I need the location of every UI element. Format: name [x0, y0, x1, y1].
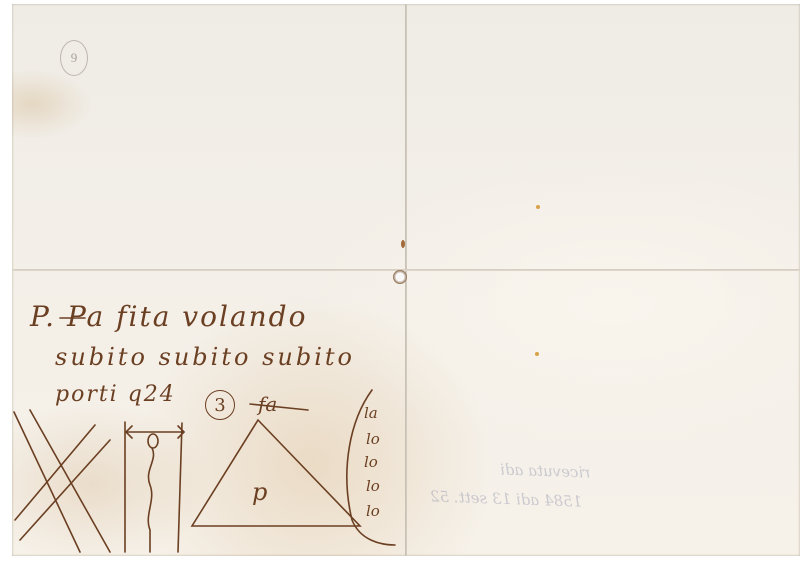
pen-sketch-diagram	[0, 0, 800, 568]
